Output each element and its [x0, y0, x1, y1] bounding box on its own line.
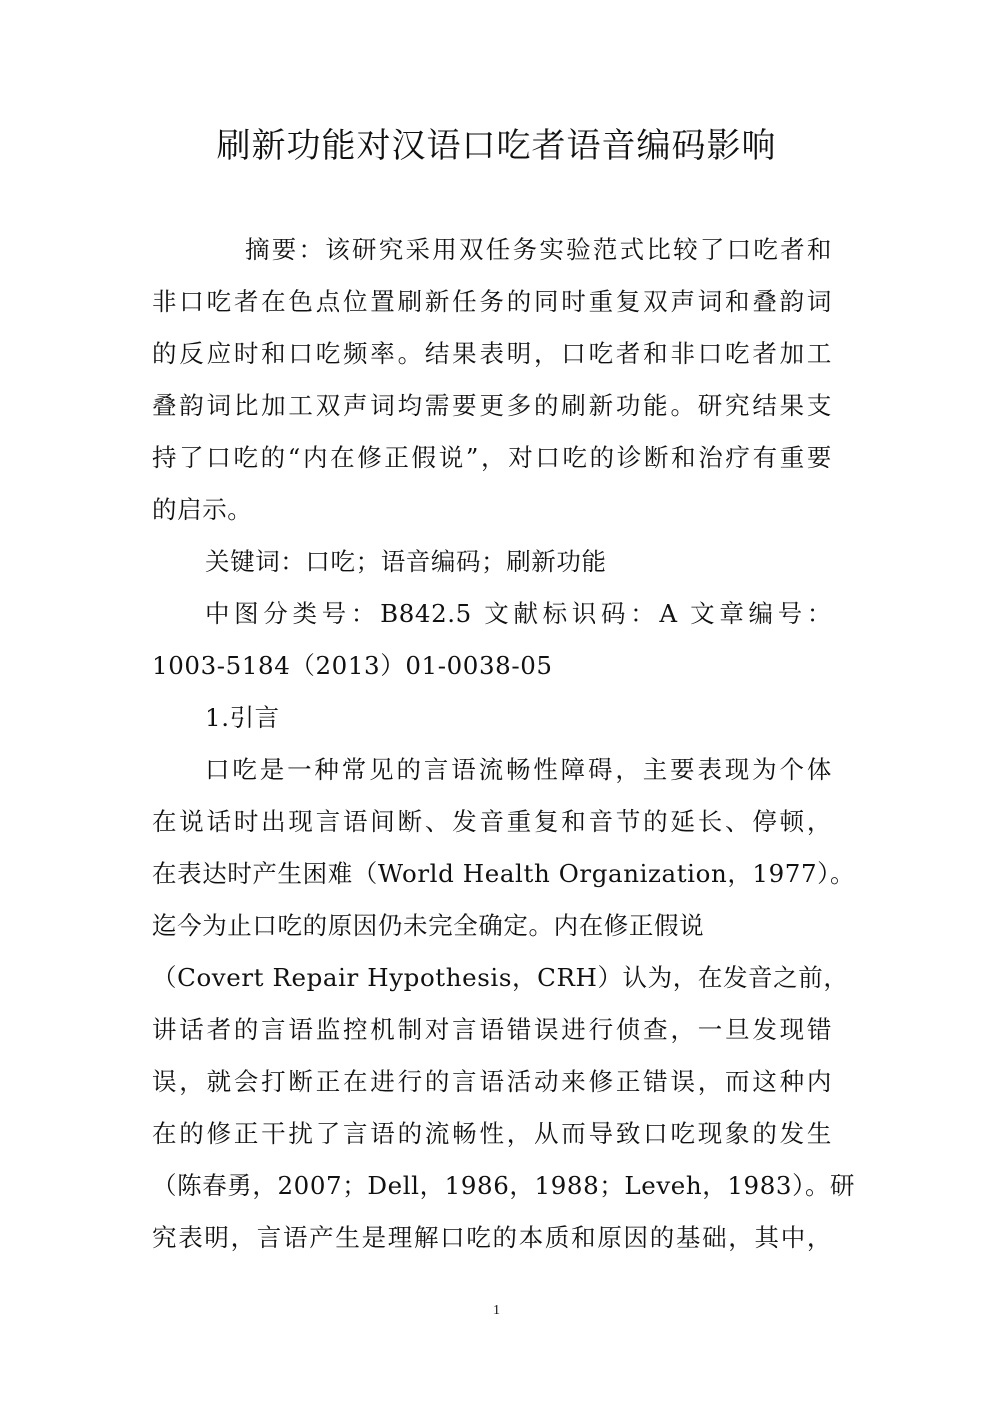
text-line: 迄今为止口吃的原因仍未完全确定。内在修正假说: [152, 910, 832, 942]
text-line: 中图分类号：B842.5 文献标识码：A 文章编号：: [205, 598, 832, 630]
text-line: （陈春勇，2007；Dell，1986，1988；Leveh，1983）。研: [152, 1170, 832, 1202]
text-line: 误，就会打断正在进行的言语活动来修正错误，而这种内: [152, 1066, 832, 1098]
text-line: 1003-5184（2013）01-0038-05: [152, 650, 832, 682]
text-line: （Covert Repair Hypothesis，CRH）认为，在发音之前，: [152, 962, 832, 994]
text-line: 究表明，言语产生是理解口吃的本质和原因的基础，其中，: [152, 1222, 832, 1254]
document-title: 刷新功能对汉语口吃者语音编码影响: [0, 122, 993, 170]
text-line: 口吃是一种常见的言语流畅性障碍，主要表现为个体: [205, 754, 832, 786]
text-line: 的反应时和口吃频率。结果表明，口吃者和非口吃者加工: [152, 338, 832, 370]
text-line: 摘要：该研究采用双任务实验范式比较了口吃者和: [245, 234, 832, 266]
text-line: 在说话时出现言语间断、发音重复和音节的延长、停顿，: [152, 806, 832, 838]
text-line: 持了口吃的“内在修正假说”，对口吃的诊断和治疗有重要: [152, 442, 832, 474]
text-line: 的启示。: [152, 494, 832, 526]
document-page: 刷新功能对汉语口吃者语音编码影响 摘要：该研究采用双任务实验范式比较了口吃者和非…: [0, 0, 993, 1404]
text-line: 在的修正干扰了言语的流畅性，从而导致口吃现象的发生: [152, 1118, 832, 1150]
text-line: 讲话者的言语监控机制对言语错误进行侦查，一旦发现错: [152, 1014, 832, 1046]
text-line: 在表达时产生困难（World Health Organization，1977）…: [152, 858, 832, 890]
text-line: 关键词：口吃；语音编码；刷新功能: [205, 546, 832, 578]
text-line: 非口吃者在色点位置刷新任务的同时重复双声词和叠韵词: [152, 286, 832, 318]
text-line: 叠韵词比加工双声词均需要更多的刷新功能。研究结果支: [152, 390, 832, 422]
page-number: 1: [0, 1303, 993, 1319]
text-line: 1.引言: [205, 702, 832, 734]
